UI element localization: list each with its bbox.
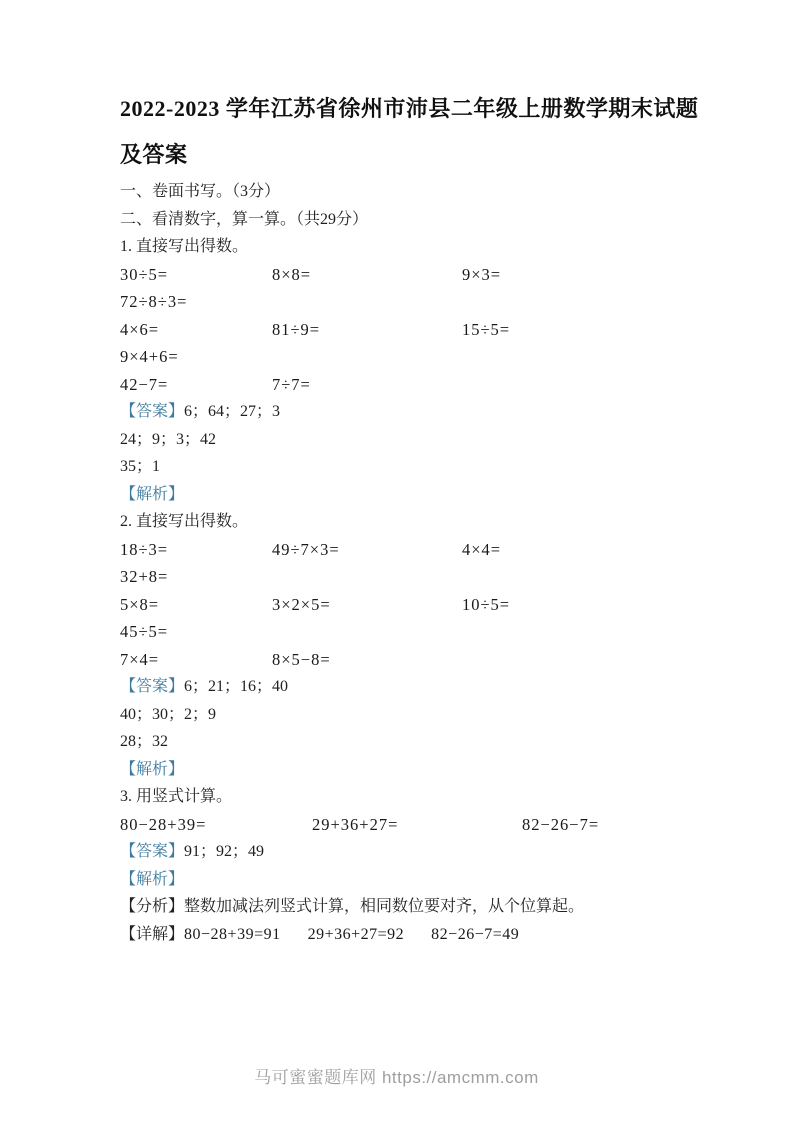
math-expression: 30÷5= <box>120 261 168 289</box>
q1-expression-row-5: 42−7= 7÷7= <box>120 371 720 399</box>
question-2-heading: 2. 直接写出得数。 <box>120 508 720 536</box>
math-expression: 15÷5= <box>462 316 510 344</box>
q2-expression-row-5: 7×4= 8×5−8= <box>120 646 720 674</box>
math-expression: 45÷5= <box>120 618 168 646</box>
analysis-label: 【解析】 <box>120 486 184 503</box>
math-expression: 9×4+6= <box>120 343 179 371</box>
document-body: 一、卷面书写。（3分） 二、看清数字，算一算。（共29分） 1. 直接写出得数。… <box>120 178 720 948</box>
math-expression: 42−7= <box>120 371 168 399</box>
section-2-heading: 二、看清数字，算一算。（共29分） <box>120 206 720 234</box>
q2-expression-row-1: 18÷3= 49÷7×3= 4×4= <box>120 536 720 564</box>
question-3-heading: 3. 用竖式计算。 <box>120 783 720 811</box>
xiangjie-label: 【详解】 <box>120 926 184 943</box>
math-expression: 4×4= <box>462 536 501 564</box>
q1-expression-row-1: 30÷5= 8×8= 9×3= <box>120 261 720 289</box>
answer-values: 35；1 <box>120 458 160 475</box>
math-expression: 8×5−8= <box>272 646 331 674</box>
q3-xiangjie-line: 【详解】80−28+39=9129+36+27=9282−26−7=49 <box>120 921 720 949</box>
q2-answer-line-2: 40；30；2；9 <box>120 701 720 729</box>
math-expression: 18÷3= <box>120 536 168 564</box>
analysis-label: 【解析】 <box>120 761 184 778</box>
math-expression: 5×8= <box>120 591 159 619</box>
analysis-label: 【解析】 <box>120 871 184 888</box>
q1-expression-row-4: 9×4+6= <box>120 343 720 371</box>
answer-values: 6；64；27；3 <box>184 403 280 420</box>
math-expression: 81÷9= <box>272 316 320 344</box>
math-expression: 49÷7×3= <box>272 536 340 564</box>
math-expression: 4×6= <box>120 316 159 344</box>
math-expression: 10÷5= <box>462 591 510 619</box>
title-line-1: 2022-2023 学年江苏省徐州市沛县二年级上册数学期末试题 <box>120 86 720 132</box>
q1-answer-line-1: 【答案】6；64；27；3 <box>120 398 720 426</box>
math-expression: 7÷7= <box>272 371 311 399</box>
title-line-2: 及答案 <box>120 132 720 178</box>
detail-equation: 82−26−7=49 <box>431 926 519 943</box>
answer-values: 6；21；16；40 <box>184 678 288 695</box>
exam-document-page: 2022-2023 学年江苏省徐州市沛县二年级上册数学期末试题 及答案 一、卷面… <box>0 0 793 1122</box>
q2-analysis-line: 【解析】 <box>120 756 720 784</box>
fenxi-label: 【分析】 <box>120 898 184 915</box>
math-expression: 9×3= <box>462 261 501 289</box>
site-watermark-text: 马可蜜蜜题库网 https://amcmm.com <box>254 1068 539 1087</box>
q3-answer-line-1: 【答案】91；92；49 <box>120 838 720 866</box>
q1-answer-line-2: 24；9；3；42 <box>120 426 720 454</box>
answer-label: 【答案】 <box>120 843 184 860</box>
document-title: 2022-2023 学年江苏省徐州市沛县二年级上册数学期末试题 及答案 <box>120 86 720 178</box>
q3-fenxi-line: 【分析】整数加减法列竖式计算，相同数位要对齐，从个位算起。 <box>120 893 720 921</box>
fenxi-text: 整数加减法列竖式计算，相同数位要对齐，从个位算起。 <box>184 898 584 915</box>
math-expression: 8×8= <box>272 261 311 289</box>
math-expression: 29+36+27= <box>312 811 398 839</box>
math-expression: 72÷8÷3= <box>120 288 187 316</box>
answer-label: 【答案】 <box>120 678 184 695</box>
math-expression: 82−26−7= <box>522 811 599 839</box>
q3-analysis-line: 【解析】 <box>120 866 720 894</box>
detail-equation: 80−28+39=91 <box>184 926 281 943</box>
question-1-heading: 1. 直接写出得数。 <box>120 233 720 261</box>
q1-expression-row-3: 4×6= 81÷9= 15÷5= <box>120 316 720 344</box>
document-content: 2022-2023 学年江苏省徐州市沛县二年级上册数学期末试题 及答案 一、卷面… <box>120 86 720 948</box>
math-expression: 3×2×5= <box>272 591 331 619</box>
q2-answer-line-3: 28；32 <box>120 728 720 756</box>
answer-values: 24；9；3；42 <box>120 431 216 448</box>
answer-label: 【答案】 <box>120 403 184 420</box>
q2-expression-row-4: 45÷5= <box>120 618 720 646</box>
answer-values: 28；32 <box>120 733 168 750</box>
q1-expression-row-2: 72÷8÷3= <box>120 288 720 316</box>
answer-values: 40；30；2；9 <box>120 706 216 723</box>
q2-expression-row-3: 5×8= 3×2×5= 10÷5= <box>120 591 720 619</box>
math-expression: 80−28+39= <box>120 811 206 839</box>
detail-equation: 29+36+27=92 <box>308 926 405 943</box>
q2-answer-line-1: 【答案】6；21；16；40 <box>120 673 720 701</box>
math-expression: 32+8= <box>120 563 168 591</box>
answer-values: 91；92；49 <box>184 843 264 860</box>
q3-expression-row-1: 80−28+39= 29+36+27= 82−26−7= <box>120 811 720 839</box>
q2-expression-row-2: 32+8= <box>120 563 720 591</box>
q1-analysis-line: 【解析】 <box>120 481 720 509</box>
q1-answer-line-3: 35；1 <box>120 453 720 481</box>
math-expression: 7×4= <box>120 646 159 674</box>
section-1-heading: 一、卷面书写。（3分） <box>120 178 720 206</box>
site-watermark: 马可蜜蜜题库网 https://amcmm.com <box>0 1066 793 1090</box>
